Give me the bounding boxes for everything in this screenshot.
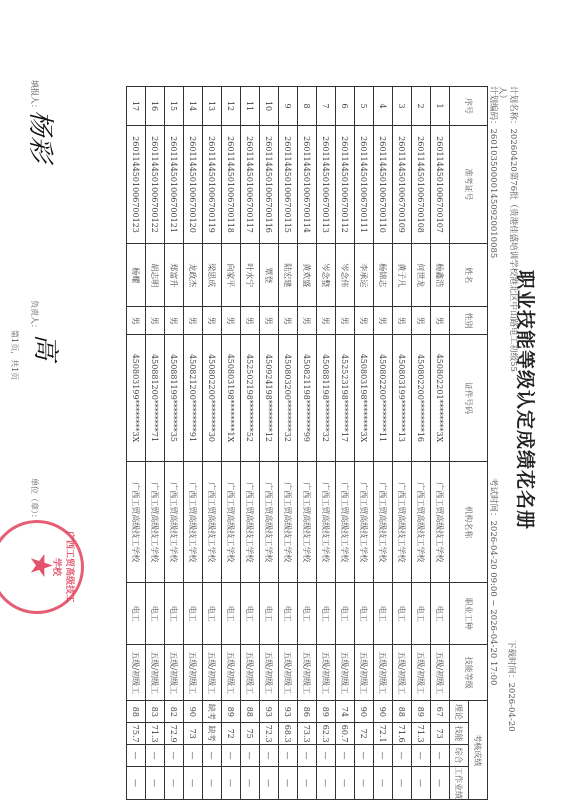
plan-number-label: 计划编码： xyxy=(488,86,498,129)
cell-theory: 89 xyxy=(222,701,241,723)
cell-org: 广西工贸高级技工学校 xyxy=(127,462,146,583)
cell-name: 何世龙 xyxy=(412,244,431,307)
cell-level: 五级/初级工 xyxy=(393,645,412,701)
cell-no: 4 xyxy=(374,87,393,126)
cell-occupation: 电工 xyxy=(146,583,165,645)
cell-org: 广西工贸高级技工学校 xyxy=(203,462,222,583)
cell-overall: — xyxy=(355,745,374,767)
cell-no: 9 xyxy=(279,87,298,126)
cell-name: 岑念整 xyxy=(317,244,336,307)
cell-theory: 86 xyxy=(298,701,317,723)
cell-level: 五级/初级工 xyxy=(203,645,222,701)
cell-theory: 93 xyxy=(279,701,298,723)
cell-no: 7 xyxy=(317,87,336,126)
cell-org: 广西工贸高级技工学校 xyxy=(222,462,241,583)
cell-work: — xyxy=(412,766,431,799)
cell-id-no: 450881200********71 xyxy=(146,334,165,461)
cell-overall: — xyxy=(393,745,412,767)
cell-occupation: 电工 xyxy=(431,583,450,645)
table-row: 132601144501006700119梁思成男450802200******… xyxy=(203,87,222,800)
cell-skill: 72 xyxy=(355,723,374,745)
cell-level: 五级/初级工 xyxy=(298,645,317,701)
cell-level: 五级/初级工 xyxy=(222,645,241,701)
cell-sex: 男 xyxy=(393,307,412,335)
download-time-value: 2026-04-20 xyxy=(506,683,516,732)
cell-id-no: 450803198********3X xyxy=(355,334,374,461)
cell-theory: 83 xyxy=(146,701,165,723)
cell-id-no: 450881198********32 xyxy=(317,334,336,461)
cell-level: 五级/初级工 xyxy=(317,645,336,701)
cell-theory: 88 xyxy=(393,701,412,723)
cell-skill: 71.3 xyxy=(412,723,431,745)
header-scores-group: 考核成绩 xyxy=(469,701,488,800)
table-row: 82601144501006700114黄欢盛男450821198*******… xyxy=(298,87,317,800)
cell-no: 1 xyxy=(431,87,450,126)
header-overall: 综合 xyxy=(450,745,469,767)
cell-org: 广西工贸高级技工学校 xyxy=(184,462,203,583)
cell-sex: 男 xyxy=(222,307,241,335)
cell-no: 15 xyxy=(165,87,184,126)
plan-name-label: 计划名称： xyxy=(508,86,518,129)
cell-overall: — xyxy=(184,745,203,767)
cell-level: 五级/初级工 xyxy=(184,645,203,701)
cell-theory: 93 xyxy=(260,701,279,723)
cell-name: 郑富升 xyxy=(165,244,184,307)
cell-theory: 82 xyxy=(165,701,184,723)
cell-level: 五级/初级工 xyxy=(355,645,374,701)
cell-level: 五级/初级工 xyxy=(146,645,165,701)
cell-occupation: 电工 xyxy=(279,583,298,645)
cell-skill: 73.3 xyxy=(298,723,317,745)
cell-cert-no: 2601144501006700122 xyxy=(146,126,165,244)
cell-work: — xyxy=(241,766,260,799)
header-work: 工作业绩 xyxy=(450,766,469,799)
cell-theory: 90 xyxy=(355,701,374,723)
cell-overall: — xyxy=(412,745,431,767)
table-row: 92601144501006700115陆宏建男450803200*******… xyxy=(279,87,298,800)
cell-level: 五级/初级工 xyxy=(374,645,393,701)
cell-sex: 男 xyxy=(374,307,393,335)
cell-id-no: 450802200********11 xyxy=(374,334,393,461)
cell-level: 五级/初级工 xyxy=(336,645,355,701)
cell-sex: 男 xyxy=(184,307,203,335)
cell-theory: 88 xyxy=(127,701,146,723)
cell-name: 陆宏建 xyxy=(279,244,298,307)
page-info: 第1页，共1页 xyxy=(9,330,20,380)
cell-work: — xyxy=(127,766,146,799)
head-signature: 高 xyxy=(29,334,66,360)
plan-number: 计划编码：260103500001450920010085 xyxy=(488,86,500,258)
cell-sex: 男 xyxy=(298,307,317,335)
cell-cert-no: 2601144501006700115 xyxy=(279,126,298,244)
cell-skill: 73 xyxy=(184,723,203,745)
cell-level: 五级/初级工 xyxy=(260,645,279,701)
cell-overall: — xyxy=(222,745,241,767)
cell-skill: 62.3 xyxy=(317,723,336,745)
cell-no: 2 xyxy=(412,87,431,126)
cell-skill: 68.3 xyxy=(279,723,298,745)
cell-overall: — xyxy=(203,745,222,767)
cell-sex: 男 xyxy=(431,307,450,335)
table-row: 32601144501006700109黄子凡男450803199*******… xyxy=(393,87,412,800)
cell-id-no: 450802201********3X xyxy=(431,334,450,461)
cell-work: — xyxy=(279,766,298,799)
table-row: 52601144501006700111李承运男450803198*******… xyxy=(355,87,374,800)
cell-skill: 73 xyxy=(431,723,450,745)
table-row: 172601144501006700123杨耀男450803199*******… xyxy=(127,87,146,800)
cell-level: 五级/初级工 xyxy=(279,645,298,701)
filler-signature: 杨彩 xyxy=(24,110,61,162)
cell-no: 13 xyxy=(203,87,222,126)
cell-level: 五级/初级工 xyxy=(431,645,450,701)
cell-cert-no: 2601144501006700114 xyxy=(298,126,317,244)
cell-id-no: 450802200********30 xyxy=(203,334,222,461)
exam-time: 考试时间：2026-04-20 09:00 ~ 2026-04-20 17:00 xyxy=(488,478,500,685)
cell-id-no: 450924198********12 xyxy=(260,334,279,461)
cell-name: 覃登 xyxy=(260,244,279,307)
cell-no: 11 xyxy=(241,87,260,126)
roster-sheet: 职业技能等级认定成绩花名册 计划名称：20260420第76批（贵港佳盛培训学校… xyxy=(0,0,566,800)
cell-org: 广西工贸高级技工学校 xyxy=(336,462,355,583)
cell-no: 10 xyxy=(260,87,279,126)
download-time: 下载时间：2026-04-20 xyxy=(506,640,518,732)
header-skill: 技能 xyxy=(450,723,469,745)
cell-name: 李承运 xyxy=(355,244,374,307)
table-row: 72601144501006700113岑念整男450881198*******… xyxy=(317,87,336,800)
cell-org: 广西工贸高级技工学校 xyxy=(317,462,336,583)
cell-occupation: 电工 xyxy=(393,583,412,645)
cell-no: 6 xyxy=(336,87,355,126)
cell-occupation: 电工 xyxy=(165,583,184,645)
cell-skill: 72.9 xyxy=(165,723,184,745)
cell-no: 17 xyxy=(127,87,146,126)
cell-occupation: 电工 xyxy=(127,583,146,645)
cell-sex: 男 xyxy=(355,307,374,335)
cell-sex: 男 xyxy=(412,307,431,335)
cell-work: — xyxy=(317,766,336,799)
cell-name: 胡志明 xyxy=(146,244,165,307)
cell-cert-no: 2601144501006700120 xyxy=(184,126,203,244)
cell-skill: 72.1 xyxy=(374,723,393,745)
header-cert-no: 准考证号 xyxy=(450,126,488,244)
cell-cert-no: 2601144501006700123 xyxy=(127,126,146,244)
cell-name: 岑念伟 xyxy=(336,244,355,307)
cell-theory: 缺考 xyxy=(203,701,222,723)
cell-id-no: 450802200********16 xyxy=(412,334,431,461)
cell-occupation: 电工 xyxy=(260,583,279,645)
exam-time-value: 2026-04-20 09:00 ~ 2026-04-20 17:00 xyxy=(488,521,498,686)
cell-theory: 74 xyxy=(336,701,355,723)
cell-overall: — xyxy=(317,745,336,767)
cell-occupation: 电工 xyxy=(317,583,336,645)
cell-occupation: 电工 xyxy=(222,583,241,645)
cell-id-no: 450803198********1X xyxy=(222,334,241,461)
table-row: 142601144501006700120龙政杰男450821200******… xyxy=(184,87,203,800)
cell-level: 五级/初级工 xyxy=(127,645,146,701)
cell-id-no: 452502198********52 xyxy=(241,334,260,461)
cell-cert-no: 2601144501006700107 xyxy=(431,126,450,244)
cell-sex: 男 xyxy=(241,307,260,335)
cell-name: 龙政杰 xyxy=(184,244,203,307)
star-icon: ★ xyxy=(25,552,55,579)
table-row: 42601144501006700110杨锦志男450802200*******… xyxy=(374,87,393,800)
plan-name-value: 20260420第76批（贵港佳盛培训学校港北区中山路电工初级55 xyxy=(508,129,518,372)
cell-sex: 男 xyxy=(127,307,146,335)
cell-sex: 男 xyxy=(146,307,165,335)
cell-theory: 67 xyxy=(431,701,450,723)
cell-cert-no: 2601144501006700118 xyxy=(222,126,241,244)
cell-org: 广西工贸高级技工学校 xyxy=(393,462,412,583)
cell-overall: — xyxy=(279,745,298,767)
cell-work: — xyxy=(393,766,412,799)
cell-cert-no: 2601144501006700108 xyxy=(412,126,431,244)
cell-skill: 72 xyxy=(222,723,241,745)
exam-time-label: 考试时间： xyxy=(488,478,498,521)
cell-occupation: 电工 xyxy=(374,583,393,645)
table-row: 12601144501006700107杨鑫浩男450802201*******… xyxy=(431,87,450,800)
cell-org: 广西工贸高级技工学校 xyxy=(279,462,298,583)
cell-overall: — xyxy=(298,745,317,767)
cell-skill: 75.7 xyxy=(127,723,146,745)
cell-theory: 89 xyxy=(317,701,336,723)
cell-no: 12 xyxy=(222,87,241,126)
cell-org: 广西工贸高级技工学校 xyxy=(412,462,431,583)
cell-cert-no: 2601144501006700117 xyxy=(241,126,260,244)
header-id-no: 证件号码 xyxy=(450,334,488,461)
cell-work: — xyxy=(184,766,203,799)
cell-work: — xyxy=(298,766,317,799)
table-row: 112601144501006700117叶水宁男452502198******… xyxy=(241,87,260,800)
plan-name: 计划名称：20260420第76批（贵港佳盛培训学校港北区中山路电工初级55 xyxy=(508,86,520,372)
cell-name: 杨耀 xyxy=(127,244,146,307)
cell-skill: 71.6 xyxy=(393,723,412,745)
cell-name: 黄欢盛 xyxy=(298,244,317,307)
cell-overall: — xyxy=(241,745,260,767)
official-stamp: 广西工贸高级技工学校 ★ xyxy=(0,520,84,614)
cell-cert-no: 2601144501006700111 xyxy=(355,126,374,244)
filler-label: 填报人： xyxy=(29,80,40,112)
cell-no: 14 xyxy=(184,87,203,126)
cell-work: — xyxy=(374,766,393,799)
cell-work: — xyxy=(355,766,374,799)
cell-org: 广西工贸高级技工学校 xyxy=(260,462,279,583)
cell-overall: — xyxy=(374,745,393,767)
cell-skill: 60.7 xyxy=(336,723,355,745)
cell-overall: — xyxy=(260,745,279,767)
cell-level: 五级/初级工 xyxy=(165,645,184,701)
cell-no: 8 xyxy=(298,87,317,126)
table-row: 22601144501006700108何世龙男450802200*******… xyxy=(412,87,431,800)
table-row: 122601144501006700118向家平男450803198******… xyxy=(222,87,241,800)
cell-sex: 男 xyxy=(260,307,279,335)
cell-cert-no: 2601144501006700110 xyxy=(374,126,393,244)
cell-skill: 75 xyxy=(241,723,260,745)
header-no: 序号 xyxy=(450,87,488,126)
table-row: 152601144501006700121郑富升男450881199******… xyxy=(165,87,184,800)
cell-work: — xyxy=(165,766,184,799)
header-level: 技能等级 xyxy=(450,645,488,701)
cell-work: — xyxy=(203,766,222,799)
cell-work: — xyxy=(336,766,355,799)
cell-id-no: 450803199********13 xyxy=(393,334,412,461)
table-row: 102601144501006700116覃登男450924198*******… xyxy=(260,87,279,800)
cell-org: 广西工贸高级技工学校 xyxy=(355,462,374,583)
cell-occupation: 电工 xyxy=(184,583,203,645)
cell-occupation: 电工 xyxy=(355,583,374,645)
cell-occupation: 电工 xyxy=(336,583,355,645)
cell-skill: 缺考 xyxy=(203,723,222,745)
plan-number-value: 260103500001450920010085 xyxy=(488,129,498,259)
cell-overall: — xyxy=(146,745,165,767)
cell-work: — xyxy=(431,766,450,799)
download-time-label: 下载时间： xyxy=(506,640,516,683)
roster-table: 序号 准考证号 姓名 性别 证件号码 机构名称 职业工种 技能等级 考核成绩 理… xyxy=(126,86,488,800)
cell-name: 向家平 xyxy=(222,244,241,307)
unit-stamp-label: 单位（章）： xyxy=(29,478,40,522)
cell-sex: 男 xyxy=(165,307,184,335)
table-row: 62601144501006700112岑念伟男452523198*******… xyxy=(336,87,355,800)
cell-theory: 89 xyxy=(412,701,431,723)
cell-overall: — xyxy=(127,745,146,767)
cell-org: 广西工贸高级技工学校 xyxy=(374,462,393,583)
cell-cert-no: 2601144501006700113 xyxy=(317,126,336,244)
cell-work: — xyxy=(146,766,165,799)
cell-skill: 72.3 xyxy=(260,723,279,745)
cell-name: 黄子凡 xyxy=(393,244,412,307)
cell-name: 杨鑫浩 xyxy=(431,244,450,307)
header-sex: 性别 xyxy=(450,307,488,335)
cell-no: 3 xyxy=(393,87,412,126)
cell-cert-no: 2601144501006700109 xyxy=(393,126,412,244)
cell-id-no: 450803199********3X xyxy=(127,334,146,461)
roster-body: 12601144501006700107杨鑫浩男450802201*******… xyxy=(127,87,450,800)
cell-sex: 男 xyxy=(336,307,355,335)
cell-work: — xyxy=(222,766,241,799)
header-theory: 理论 xyxy=(450,701,469,723)
cell-theory: 90 xyxy=(374,701,393,723)
cell-id-no: 450803200********32 xyxy=(279,334,298,461)
cell-cert-no: 2601144501006700121 xyxy=(165,126,184,244)
cell-org: 广西工贸高级技工学校 xyxy=(431,462,450,583)
cell-overall: — xyxy=(431,745,450,767)
cell-occupation: 电工 xyxy=(412,583,431,645)
cell-overall: — xyxy=(165,745,184,767)
cell-id-no: 450821200********91 xyxy=(184,334,203,461)
head-label: 负责人： xyxy=(29,300,40,332)
cell-work: — xyxy=(260,766,279,799)
cell-cert-no: 2601144501006700112 xyxy=(336,126,355,244)
cell-cert-no: 2601144501006700116 xyxy=(260,126,279,244)
cell-sex: 男 xyxy=(317,307,336,335)
cell-org: 广西工贸高级技工学校 xyxy=(165,462,184,583)
cell-level: 五级/初级工 xyxy=(412,645,431,701)
cell-name: 梁思成 xyxy=(203,244,222,307)
header-occupation: 职业工种 xyxy=(450,583,488,645)
cell-level: 五级/初级工 xyxy=(241,645,260,701)
cell-id-no: 450881199********35 xyxy=(165,334,184,461)
cell-org: 广西工贸高级技工学校 xyxy=(298,462,317,583)
header-name: 姓名 xyxy=(450,244,488,307)
cell-no: 16 xyxy=(146,87,165,126)
header-org: 机构名称 xyxy=(450,462,488,583)
cell-org: 广西工贸高级技工学校 xyxy=(146,462,165,583)
cell-id-no: 450821198********99 xyxy=(298,334,317,461)
cell-cert-no: 2601144501006700119 xyxy=(203,126,222,244)
cell-org: 广西工贸高级技工学校 xyxy=(241,462,260,583)
cell-theory: 88 xyxy=(241,701,260,723)
cell-name: 杨锦志 xyxy=(374,244,393,307)
cell-no: 5 xyxy=(355,87,374,126)
cell-occupation: 电工 xyxy=(241,583,260,645)
table-row: 162601144501006700122胡志明男450881200******… xyxy=(146,87,165,800)
cell-overall: — xyxy=(336,745,355,767)
cell-id-no: 452523198********17 xyxy=(336,334,355,461)
cell-occupation: 电工 xyxy=(203,583,222,645)
cell-name: 叶水宁 xyxy=(241,244,260,307)
cell-theory: 90 xyxy=(184,701,203,723)
cell-occupation: 电工 xyxy=(298,583,317,645)
cell-skill: 71.3 xyxy=(146,723,165,745)
cell-sex: 男 xyxy=(279,307,298,335)
cell-sex: 男 xyxy=(203,307,222,335)
